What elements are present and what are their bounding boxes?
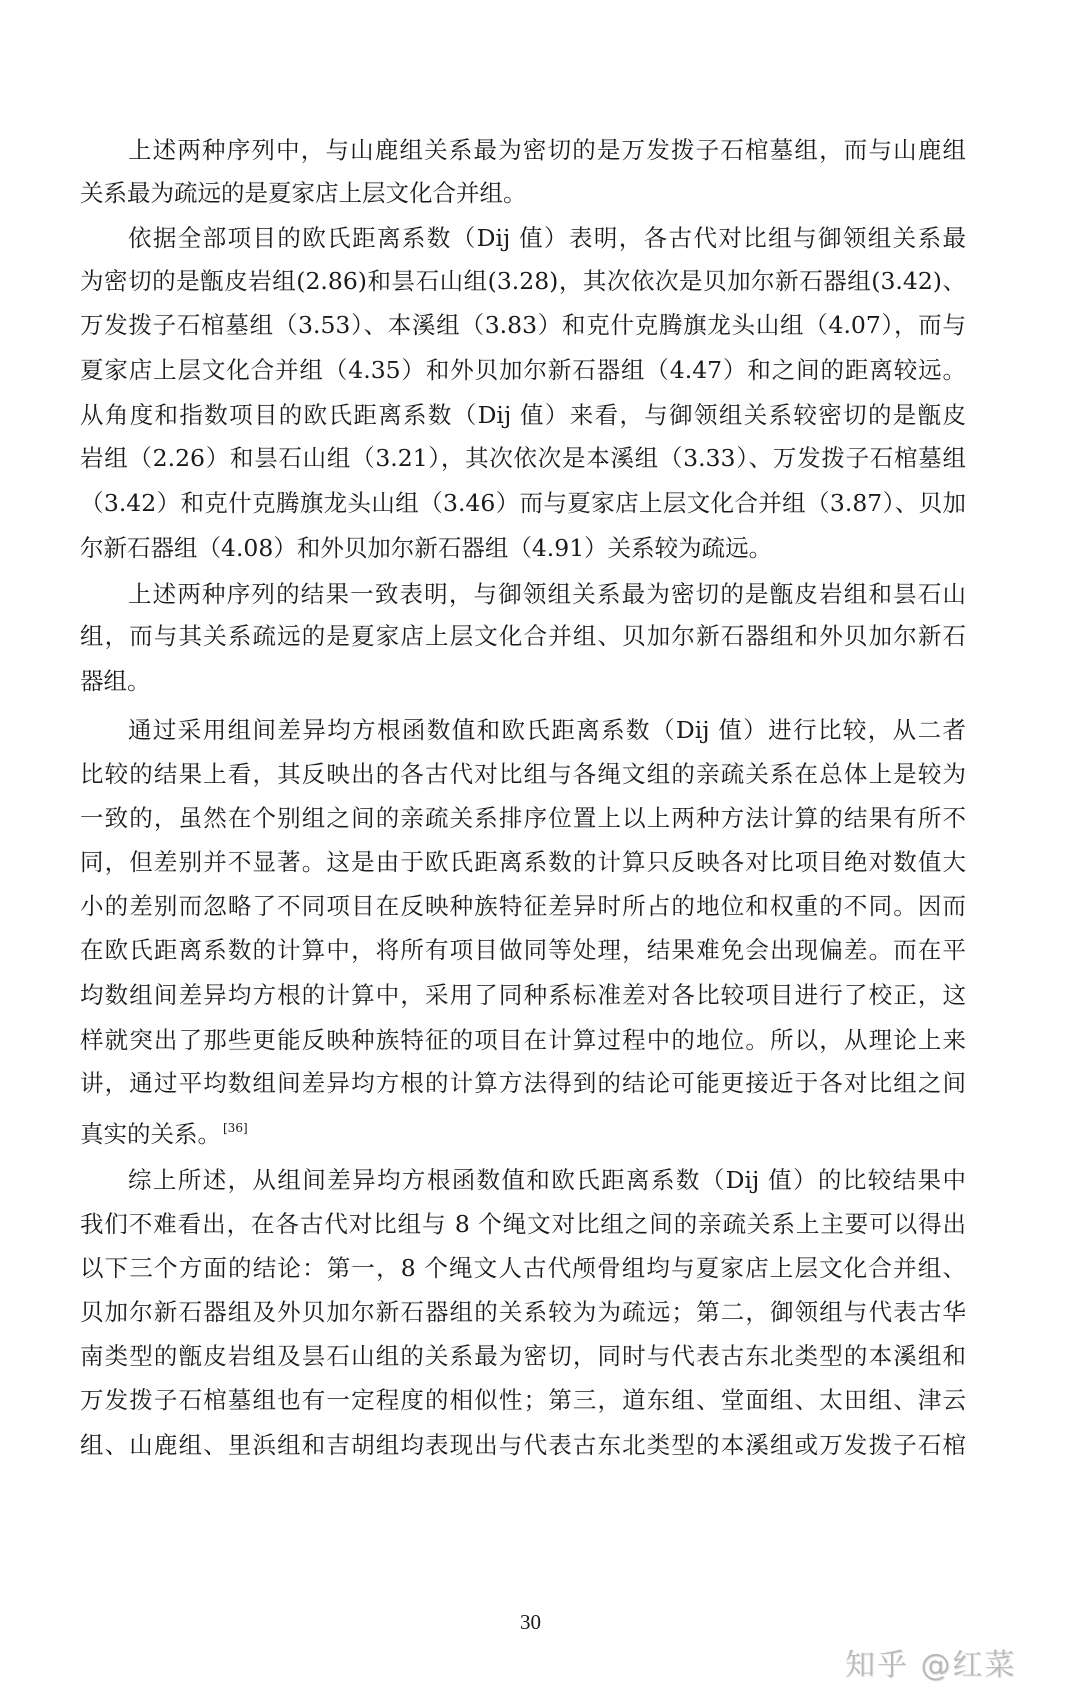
text-line: 从角度和指数项目的欧氏距离系数（Dij 值）来看，与御领组关系较密切的是甑皮: [80, 400, 966, 430]
text-line: 一致的，虽然在个别组之间的亲疏关系排序位置上以上两种方法计算的结果有所不: [80, 803, 966, 833]
text-line: 样就突出了那些更能反映种族特征的项目在计算过程中的地位。所以，从理论上来: [80, 1025, 966, 1055]
watermark: 知乎 @红菜: [845, 1640, 1017, 1684]
text-line: 为密切的是甑皮岩组(2.86)和昙石山组(3.28)，其次依次是贝加尔新石器组(…: [80, 266, 966, 296]
text-line: 讲，通过平均数组间差异均方根的计算方法得到的结论可能更接近于各对比组之间: [80, 1068, 966, 1098]
text-line: （3.42）和克什克腾旗龙头山组（3.46）而与夏家店上层文化合并组（3.87）…: [80, 488, 966, 518]
text-line: 岩组（2.26）和昙石山组（3.21），其次依次是本溪组（3.33）、万发拨子石…: [80, 443, 966, 473]
text-line: 依据全部项目的欧氏距离系数（Dij 值）表明，各古代对比组与御领组关系最: [128, 223, 966, 253]
citation-reference: [36]: [223, 1121, 248, 1135]
text-line: 综上所述，从组间差异均方根函数值和欧氏距离系数（Dij 值）的比较结果中: [128, 1165, 966, 1195]
text-line: 上述两种序列中，与山鹿组关系最为密切的是万发拨子石棺墓组，而与山鹿组: [128, 135, 966, 165]
text-line: 尔新石器组（4.08）和外贝加尔新石器组（4.91）关系较为疏远。: [80, 533, 966, 563]
text-line: 万发拨子石棺墓组也有一定程度的相似性；第三，道东组、堂面组、太田组、津云: [80, 1385, 966, 1415]
text-line: 真实的关系。[36]: [80, 1113, 966, 1143]
text-line: 组，而与其关系疏远的是夏家店上层文化合并组、贝加尔新石器组和外贝加尔新石: [80, 621, 966, 651]
text-line: 我们不难看出，在各古代对比组与 8 个绳文对比组之间的亲疏关系上主要可以得出: [80, 1209, 966, 1239]
text-line: 在欧氏距离系数的计算中，将所有项目做同等处理，结果难免会出现偏差。而在平: [80, 935, 966, 965]
text-line: 器组。: [80, 666, 966, 696]
text-line: 贝加尔新石器组及外贝加尔新石器组的关系较为为疏远；第二，御领组与代表古华: [80, 1297, 966, 1327]
text-line: 上述两种序列的结果一致表明，与御领组关系最为密切的是甑皮岩组和昙石山: [128, 579, 966, 609]
text-line: 比较的结果上看，其反映出的各古代对比组与各绳文组的亲疏关系在总体上是较为: [80, 759, 966, 789]
text-line: 以下三个方面的结论：第一，8 个绳文人古代颅骨组均与夏家店上层文化合并组、: [80, 1253, 966, 1283]
text-line: 万发拨子石棺墓组（3.53）、本溪组（3.83）和克什克腾旗龙头山组（4.07）…: [80, 310, 966, 340]
text-line-content: 真实的关系。: [80, 1120, 221, 1148]
text-line: 通过采用组间差异均方根函数值和欧氏距离系数（Dij 值）进行比较，从二者: [128, 715, 966, 745]
text-line: 小的差别而忽略了不同项目在反映种族特征差异时所占的地位和权重的不同。因而: [80, 891, 966, 921]
text-line: 南类型的甑皮岩组及昙石山组的关系最为密切，同时与代表古东北类型的本溪组和: [80, 1341, 966, 1371]
text-line: 同，但差别并不显著。这是由于欧氏距离系数的计算只反映各对比项目绝对数值大: [80, 847, 966, 877]
page-number: 30: [520, 1610, 541, 1635]
document-page: 上述两种序列中，与山鹿组关系最为密切的是万发拨子石棺墓组，而与山鹿组 关系最为疏…: [0, 0, 1080, 1698]
text-line: 均数组间差异均方根的计算中，采用了同种系标准差对各比较项目进行了校正，这: [80, 980, 966, 1010]
text-line: 夏家店上层文化合并组（4.35）和外贝加尔新石器组（4.47）和之间的距离较远。: [80, 355, 966, 385]
text-line: 组、山鹿组、里浜组和吉胡组均表现出与代表古东北类型的本溪组或万发拨子石棺: [80, 1430, 966, 1460]
text-line: 关系最为疏远的是夏家店上层文化合并组。: [80, 178, 966, 208]
